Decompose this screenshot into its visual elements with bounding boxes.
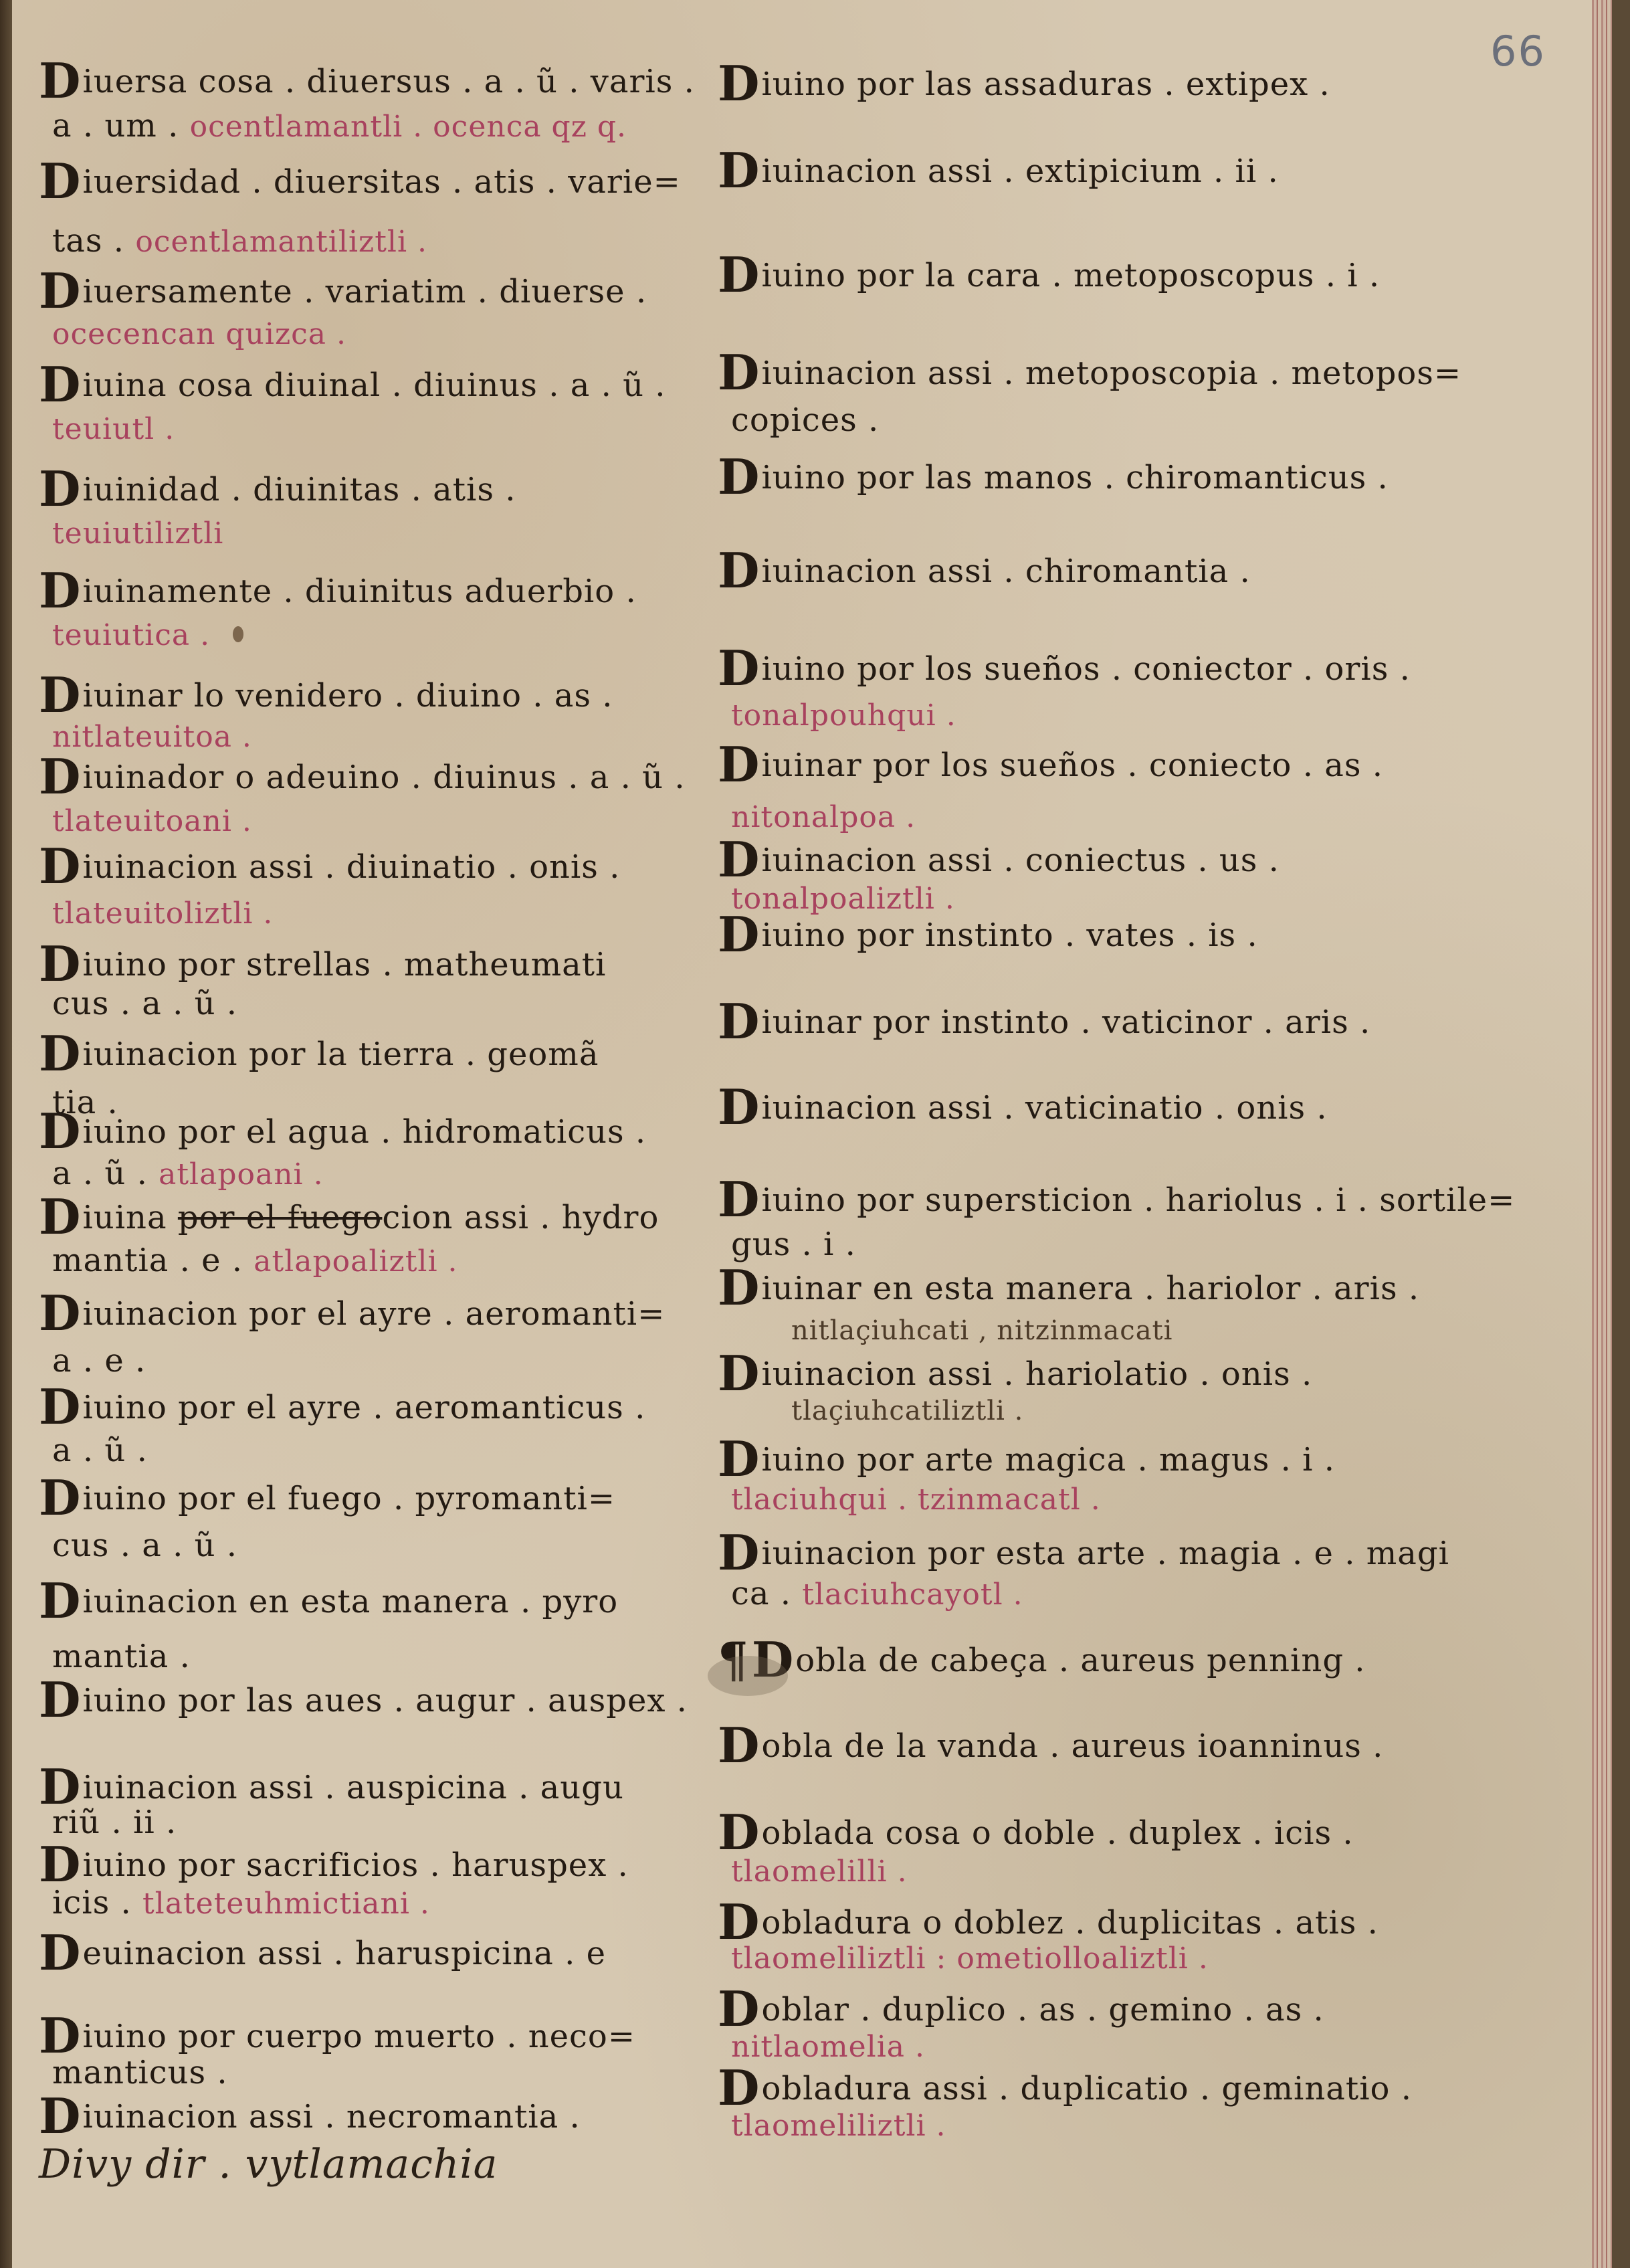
manuscript-line: Diuino por arte magica . magus . i .	[718, 1430, 1335, 1487]
decorated-initial: D	[39, 1572, 81, 1629]
manuscript-line: Diuino por las manos . chiromanticus .	[718, 448, 1389, 505]
struck-text: por el fuego	[178, 1199, 383, 1236]
manuscript-line: Dobla de la vanda . aureus ioanninus .	[718, 1717, 1383, 1774]
manuscript-line: tlateuitoani .	[52, 801, 252, 839]
manuscript-line: Deuinacion assi . haruspicina . e	[39, 1924, 606, 1981]
manuscript-line: Diuinacion assi . necromantia .	[39, 2087, 581, 2144]
manuscript-line: cus . a . ũ .	[52, 985, 237, 1022]
manuscript-line: manticus .	[52, 2054, 228, 2091]
manuscript-line: Diuino por el fuego . pyromanti=	[39, 1469, 615, 1526]
manuscript-line: Diuino por supersticion . hariolus . i .…	[718, 1171, 1515, 1228]
entry-text: iuinidad . diuinitas . atis .	[82, 471, 516, 508]
entry-text: iuersidad . diuersitas . atis . varie=	[82, 163, 680, 201]
nahuatl-gloss: tlateuitoani .	[52, 804, 252, 838]
entry-text: iuinacion assi . vaticinatio . onis .	[761, 1089, 1327, 1127]
entry-text: iuinacion assi . extipicium . ii .	[761, 153, 1278, 190]
manuscript-line: teuiutl .	[52, 409, 175, 447]
manuscript-line: Diuersa cosa . diuersus . a . ũ . varis…	[39, 52, 695, 109]
decorated-initial: D	[39, 1188, 81, 1245]
manuscript-line: tlaçiuhcatiliztli .	[791, 1390, 1023, 1428]
nahuatl-gloss: atlapoani .	[159, 1157, 324, 1192]
stain-smudge	[708, 1656, 788, 1696]
nahuatl-gloss: tlateuitoliztli .	[52, 896, 273, 931]
decorated-initial: D	[39, 838, 81, 894]
entry-text: oblada cosa o doble . duplex . icis .	[761, 1814, 1353, 1852]
manuscript-line: Diuinacion por esta arte . magia . e . m…	[718, 1524, 1449, 1581]
entry-text: iuino por las manos . chiromanticus .	[761, 459, 1388, 496]
manuscript-line: Diuinamente . diuinitus aduerbio .	[39, 562, 637, 619]
entry-text: iuino por strellas . matheumati	[82, 946, 606, 983]
later-hand-note: Divy dir . vytlamachia	[39, 2141, 498, 2188]
entry-text: iuinacion assi . diuinatio . onis .	[82, 848, 620, 886]
entry-text: iuinar por los sueños . coniecto . as .	[761, 747, 1383, 784]
decorated-initial: D	[39, 748, 81, 805]
decorated-initial: D	[718, 344, 760, 401]
entry-text: iuino por arte magica . magus . i .	[761, 1441, 1335, 1479]
nahuatl-gloss: ocentlamantiliztli .	[135, 225, 427, 259]
decorated-initial: D	[718, 1078, 760, 1135]
page-edge-red	[1592, 0, 1612, 2268]
manuscript-line: Diuinacion assi . metoposcopia . metopos…	[718, 344, 1461, 401]
manuscript-line: copices .	[731, 401, 879, 439]
nahuatl-gloss: tlateteuhmictiani .	[142, 1887, 430, 1921]
entry-text: iuinar en esta manera . hariolor . aris …	[761, 1270, 1419, 1307]
ink-blot	[233, 626, 243, 642]
decorated-initial: D	[39, 1025, 81, 1082]
manuscript-line: mantia .	[52, 1638, 191, 1675]
nahuatl-gloss: tlaomelilli .	[731, 1855, 908, 1889]
manuscript-line: tonalpouhqui .	[731, 696, 956, 733]
decorated-initial: D	[39, 562, 81, 619]
entry-text: iuino por cuerpo muerto . neco=	[82, 2018, 635, 2055]
manuscript-line: teuiutica .	[52, 616, 210, 653]
decorated-initial: D	[718, 1717, 760, 1774]
decorated-initial: D	[718, 246, 760, 303]
decorated-initial: D	[718, 1524, 760, 1581]
manuscript-line: tlaomeliliztli : ometiolloaliztli .	[731, 1939, 1209, 1976]
manuscript-line: Diuinacion assi . extipicium . ii .	[718, 142, 1279, 199]
entry-text: iuino por los sueños . coniector . oris …	[761, 650, 1410, 688]
decorated-initial: D	[718, 993, 760, 1050]
entry-text: mantia .	[52, 1638, 191, 1675]
manuscript-line: Diuersidad . diuersitas . atis . varie=	[39, 153, 681, 209]
entry-text: iuina	[82, 1199, 167, 1236]
entry-text: cus . a . ũ .	[52, 1527, 237, 1564]
entry-text: obla de cabeça . aureus penning .	[795, 1642, 1365, 1679]
decorated-initial: D	[718, 542, 760, 599]
decorated-initial: D	[39, 666, 81, 723]
manuscript-line: Diuersamente . variatim . diuerse .	[39, 262, 647, 319]
entry-text: iuinacion assi . metoposcopia . metopos=	[761, 355, 1461, 392]
manuscript-line: Diuino por el ayre . aeromanticus .	[39, 1378, 645, 1435]
entry-text: tas .	[52, 222, 124, 260]
entry-text: ca .	[731, 1575, 791, 1612]
entry-text: gus . i .	[731, 1226, 856, 1263]
manuscript-line: Diuina por el fuegocion assi . hydro	[39, 1188, 659, 1245]
entry-text: iuinacion assi . chiromantia .	[761, 553, 1250, 590]
manuscript-line: Diuinacion assi . diuinatio . onis .	[39, 838, 620, 894]
entry-text: iuinacion assi . coniectus . us .	[761, 842, 1279, 879]
manuscript-line: Divy dir . vytlamachia	[39, 2141, 498, 2188]
decorated-initial: D	[718, 55, 760, 112]
nahuatl-gloss: nitonalpoa .	[731, 800, 916, 834]
decorated-initial: D	[718, 1259, 760, 1316]
entry-text: iuinacion por el ayre . aeromanti=	[82, 1295, 665, 1333]
entry-text: iuinacion assi . hariolatio . onis .	[761, 1355, 1312, 1393]
decorated-initial: D	[718, 1171, 760, 1228]
entry-text: a . ũ .	[52, 1432, 148, 1469]
manuscript-line: tlaciuhqui . tzinmacatl .	[731, 1480, 1101, 1517]
manuscript-line: Diuinador o adeuino . diuinus . a . ũ .	[39, 748, 686, 805]
folio-number: 66	[1490, 27, 1546, 76]
entry-text: iuino por sacrificios . haruspex .	[82, 1847, 628, 1884]
nahuatl-gloss-brown: tlaçiuhcatiliztli .	[791, 1396, 1023, 1426]
manuscript-line: icis . tlateteuhmictiani .	[52, 1884, 430, 1921]
manuscript-line: Diuino por el agua . hidromaticus .	[39, 1103, 646, 1159]
decorated-initial: D	[39, 153, 81, 209]
entry-text: iuersa cosa . diuersus . a . ũ . varis …	[82, 63, 694, 100]
entry-text: copices .	[731, 401, 879, 439]
decorated-initial: D	[718, 1430, 760, 1487]
decorated-initial: D	[39, 262, 81, 319]
manuscript-line: nitonalpoa .	[731, 797, 916, 835]
manuscript-line: Diuinacion assi . chiromantia .	[718, 542, 1251, 599]
manuscript-line: Diuinacion por el ayre . aeromanti=	[39, 1285, 665, 1341]
manuscript-line: ¶Dobla de cabeça . aureus penning .	[718, 1631, 1366, 1688]
entry-text-continued: cion assi . hydro	[382, 1199, 659, 1236]
manuscript-line: a . ũ . atlapoani .	[52, 1155, 324, 1192]
manuscript-line: Diuino por los sueños . coniector . oris…	[718, 640, 1411, 696]
entry-text: iuino por el fuego . pyromanti=	[82, 1480, 615, 1517]
decorated-initial: D	[39, 1378, 81, 1435]
manuscript-line: a . ũ .	[52, 1432, 148, 1469]
entry-text: obla de la vanda . aureus ioanninus .	[761, 1727, 1383, 1765]
manuscript-line: tlaomelilli .	[731, 1852, 908, 1889]
entry-text: iuino por la cara . metoposcopus . i .	[761, 257, 1380, 294]
entry-text: obladura o doblez . duplicitas . atis .	[761, 1904, 1378, 1942]
entry-text: iuina cosa diuinal . diuinus . a . ũ .	[82, 367, 666, 404]
manuscript-line: Diuino por instinto . vates . is .	[718, 906, 1258, 963]
entry-text: iuino por las aues . augur . auspex .	[82, 1682, 688, 1719]
manuscript-line: gus . i .	[731, 1226, 856, 1263]
manuscript-line: tas . ocentlamantiliztli .	[52, 222, 427, 260]
decorated-initial: D	[39, 1671, 81, 1728]
entry-text: oblar . duplico . as . gemino . as .	[761, 1991, 1324, 2028]
manuscript-line: a . um . ocentlamantli . ocenca qz q.	[52, 107, 627, 145]
entry-text: iuinacion por la tierra . geomã	[82, 1036, 599, 1073]
decorated-initial: D	[39, 460, 81, 517]
entry-text: iuersamente . variatim . diuerse .	[82, 273, 647, 310]
manuscript-line: Diuino por la cara . metoposcopus . i .	[718, 246, 1380, 303]
entry-text: iuino por instinto . vates . is .	[761, 917, 1257, 954]
entry-text: iuinacion por esta arte . magia . e . ma…	[761, 1535, 1449, 1572]
decorated-initial: D	[39, 356, 81, 413]
manuscript-line: Diuinacion por la tierra . geomã	[39, 1025, 599, 1082]
nahuatl-gloss: teuiutica .	[52, 618, 210, 652]
entry-text: iuino por supersticion . hariolus . i . …	[761, 1182, 1515, 1219]
entry-text: euinacion assi . haruspicina . e	[82, 1935, 606, 1972]
decorated-initial: D	[718, 906, 760, 963]
decorated-initial: D	[718, 736, 760, 793]
manuscript-line: Diuino por strellas . matheumati	[39, 935, 606, 992]
manuscript-line: ca . tlaciuhcayotl .	[731, 1575, 1023, 1612]
entry-text: iuinar por instinto . vaticinor . aris .	[761, 1004, 1370, 1041]
entry-text: cus . a . ũ .	[52, 985, 237, 1022]
entry-text: iuinacion assi . necromantia .	[82, 2098, 580, 2136]
decorated-initial: D	[39, 1924, 81, 1981]
manuscript-line: nitlaçiuhcati , nitzinmacati	[791, 1310, 1173, 1347]
manuscript-line: Diuino por las assaduras . extipex .	[718, 55, 1330, 112]
manuscript-line: cus . a . ũ .	[52, 1527, 237, 1564]
entry-text: iuino por el ayre . aeromanticus .	[82, 1389, 645, 1426]
nahuatl-gloss: tonalpouhqui .	[731, 698, 956, 733]
entry-text: iuinador o adeuino . diuinus . a . ũ .	[82, 759, 685, 796]
entry-text: iuinacion en esta manera . pyro	[82, 1583, 618, 1620]
manuscript-line: Diuinar por instinto . vaticinor . aris …	[718, 993, 1370, 1050]
entry-text: iuino por el agua . hidromaticus .	[82, 1113, 646, 1151]
book-binding-left	[0, 0, 12, 2268]
entry-text: mantia . e .	[52, 1242, 243, 1279]
decorated-initial: D	[39, 1469, 81, 1526]
manuscript-line: Diuinar por los sueños . coniecto . as .	[718, 736, 1383, 793]
decorated-initial: D	[718, 142, 760, 199]
decorated-initial: D	[39, 1285, 81, 1341]
entry-text: iuino por las assaduras . extipex .	[761, 66, 1330, 103]
manuscript-line: Diuina cosa diuinal . diuinus . a . ũ .	[39, 356, 666, 413]
manuscript-page: 66 Diuersa cosa . diuersus . a . ũ . va…	[12, 0, 1612, 2268]
manuscript-line: tlateuitoliztli .	[52, 894, 273, 931]
entry-text: iuinar lo venidero . diuino . as .	[82, 677, 613, 715]
decorated-initial: D	[718, 448, 760, 505]
decorated-initial: D	[718, 1345, 760, 1402]
decorated-initial: D	[718, 640, 760, 696]
nahuatl-gloss: tlaomeliliztli .	[731, 2109, 946, 2143]
manuscript-line: Diuinar en esta manera . hariolor . aris…	[718, 1259, 1419, 1316]
entry-text: a . e .	[52, 1342, 146, 1380]
entry-text: iuinamente . diuinitus aduerbio .	[82, 573, 636, 610]
nahuatl-gloss: tlaomeliliztli : ometiolloaliztli .	[731, 1942, 1209, 1976]
nahuatl-gloss: tlaciuhcayotl .	[802, 1578, 1023, 1612]
entry-text: a . um .	[52, 107, 179, 145]
decorated-initial: D	[39, 52, 81, 109]
manuscript-line: Diuinar lo venidero . diuino . as .	[39, 666, 613, 723]
manuscript-line: Diuino por las aues . augur . auspex .	[39, 1671, 688, 1728]
entry-text: obladura assi . duplicatio . geminatio .	[761, 2070, 1412, 2107]
nahuatl-gloss: teuiutl .	[52, 412, 175, 446]
manuscript-line: tlaomeliliztli .	[731, 2106, 946, 2144]
entry-text: iuinacion assi . auspicina . augu	[82, 1769, 623, 1806]
nahuatl-gloss-brown: nitlaçiuhcati , nitzinmacati	[791, 1315, 1173, 1346]
manuscript-line: teuiutiliztli	[52, 514, 223, 551]
manuscript-line: Diuinacion en esta manera . pyro	[39, 1572, 618, 1629]
entry-text: icis .	[52, 1884, 132, 1921]
nahuatl-gloss: tlaciuhqui . tzinmacatl .	[731, 1483, 1101, 1517]
manuscript-line: ocecencan quizca .	[52, 314, 346, 352]
manuscript-line: Diuinidad . diuinitas . atis .	[39, 460, 516, 517]
decorated-initial: D	[39, 1103, 81, 1159]
manuscript-line: mantia . e . atlapoaliztli .	[52, 1242, 458, 1279]
nahuatl-gloss: teuiutiliztli	[52, 516, 223, 551]
nahuatl-gloss: ocecencan quizca .	[52, 317, 346, 351]
nahuatl-gloss: atlapoaliztli .	[253, 1244, 457, 1279]
entry-text: a . ũ .	[52, 1155, 148, 1192]
manuscript-line: a . e .	[52, 1342, 146, 1380]
decorated-initial: D	[39, 935, 81, 992]
entry-text: manticus .	[52, 2054, 228, 2091]
manuscript-line: Diuinacion assi . vaticinatio . onis .	[718, 1078, 1328, 1135]
decorated-initial: D	[39, 2087, 81, 2144]
nahuatl-gloss: ocentlamantli . ocenca qz q.	[190, 110, 627, 144]
